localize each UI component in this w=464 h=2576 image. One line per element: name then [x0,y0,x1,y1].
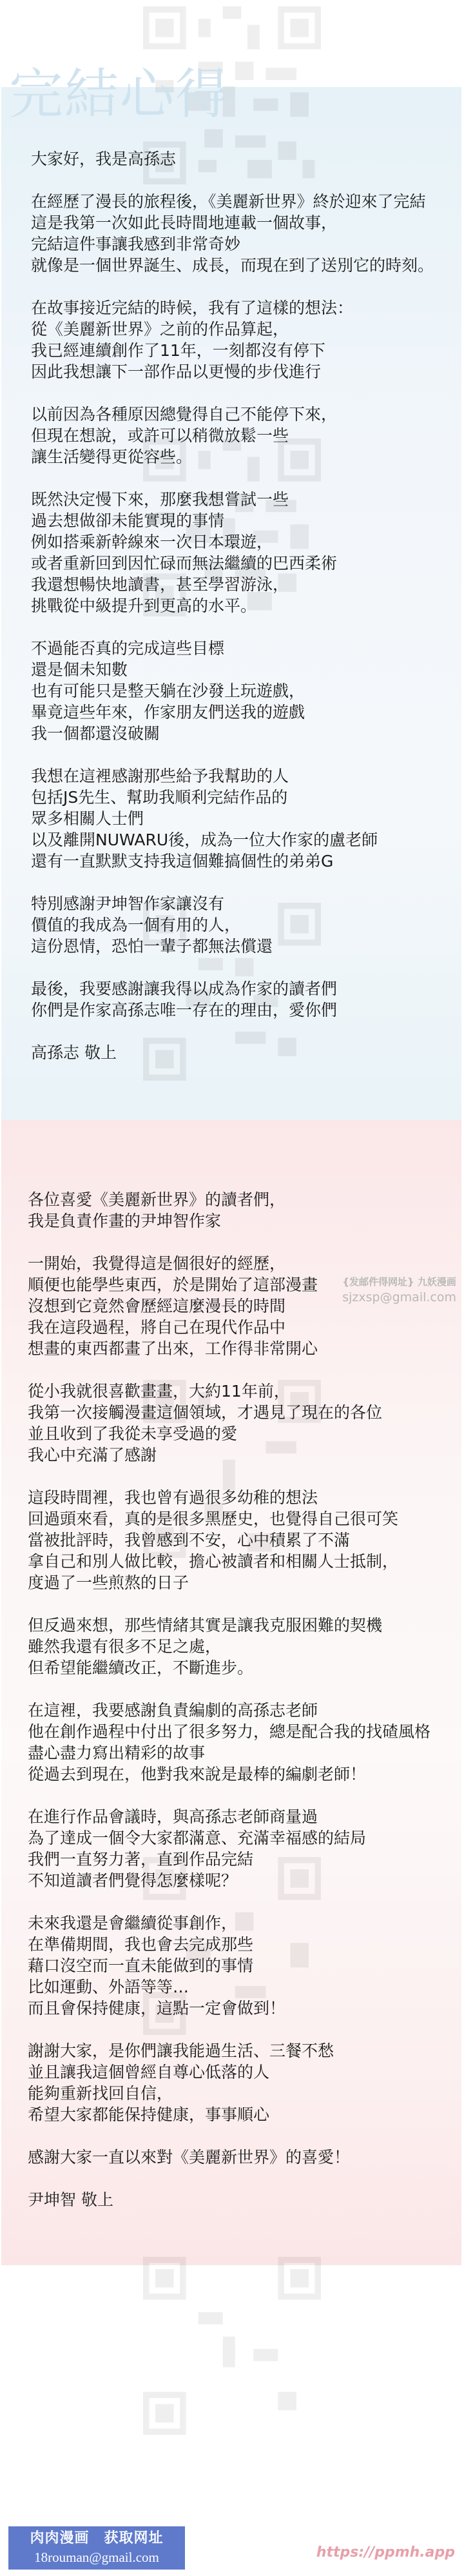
letter-paragraph: 我想在這裡感謝那些給予我幫助的人 包括JS先生、幫助我順利完結作品的 眾多相關人… [31,765,434,872]
letter-line: 我一個都還沒破關 [31,723,434,744]
letter-line: 例如搭乘新幹線來一次日本環遊， [31,531,434,553]
letter-line: 為了達成一個令大家都滿意、充滿幸福感的結局 [28,1827,430,1849]
letter-line: 他在創作過程中付出了很多努力，總是配合我的找碴風格 [28,1721,430,1742]
letter-line: 從小我就很喜歡畫畫，大約11年前， [28,1381,430,1402]
letter-line: 我第一次接觸漫畫這個領域，才遇見了現在的各位 [28,1402,430,1423]
letter-line: 比如運動、外語等等… [28,1976,430,1998]
letter-paragraph: 在故事接近完結的時候，我有了這樣的想法： 從《美麗新世界》之前的作品算起， 我已… [31,297,434,382]
footer-badge-title: 肉肉漫画 获取网址 [8,2529,185,2548]
letter-line: 也有可能只是整天躺在沙發上玩遊戲， [31,680,434,702]
letter-paragraph: 特別感謝尹坤智作家讓沒有 價值的我成為一個有用的人， 這份恩情，恐怕一輩子都無法… [31,893,434,957]
letter-line: 想畫的東西都畫了出來，工作得非常開心 [28,1338,430,1359]
letter-paragraph: 最後，我要感謝讓我得以成為作家的讀者們 你們是作家高孫志唯一存在的理由，愛你們 [31,978,434,1021]
letter-paragraph: 不過能否真的完成這些目標 還是個未知數 也有可能只是整天躺在沙發上玩遊戲， 畢竟… [31,638,434,744]
letter-line: 並且收到了我從未享受過的愛 [28,1423,430,1444]
letter-line: 當被批評時，我曾感到不安，心中積累了不滿 [28,1529,430,1551]
letter-line: 我心中充滿了感謝 [28,1444,430,1466]
letter-line: 從過去到現在，他對我來說是最棒的編劇老師！ [28,1764,430,1785]
footer-badge: 肉肉漫画 获取网址 18rouman@gmail.com [8,2526,185,2570]
letter-line: 我是負責作畫的尹坤智作家 [28,1210,430,1232]
letter-line: 以及離開NUWARU後，成為一位大作家的盧老師 [31,829,434,850]
letter-line: 盡心盡力寫出精彩的故事 [28,1742,430,1764]
letter-line: 藉口沒空而一直未能做到的事情 [28,1955,430,1976]
letter-paragraph: 謝謝大家，是你們讓我能過生活、三餐不愁 並且讓我這個曾經自尊心低落的人 能夠重新… [28,2040,430,2125]
letter-line: 包括JS先生、幫助我順利完結作品的 [31,787,434,808]
letter-line: 未來我還是會繼續從事創作， [28,1912,430,1934]
letter-line: 一開始，我覺得這是個很好的經歷， [28,1253,430,1274]
letter-line: 就像是一個世界誕生、成長，而現在到了送別它的時刻。 [31,255,434,276]
letter-line: 不知道讀者們覺得怎麼樣呢？ [28,1870,430,1891]
artist-signature: 尹坤智 敬上 [28,2189,430,2210]
watermark-email: sjzxsp@gmail.com [342,1289,456,1306]
letter-paragraph: 一開始，我覺得這是個很好的經歷， 順便也能學些東西，於是開始了這部漫畫 沒想到它… [28,1253,430,1359]
letter-line: 但現在想說，或許可以稍微放鬆一些 [31,425,434,446]
letter-line: 不過能否真的完成這些目標 [31,638,434,659]
letter-line: 感謝大家一直以來對《美麗新世界》的喜愛！ [28,2147,430,2168]
letter-line: 你們是作家高孫志唯一存在的理由，愛你們 [31,999,434,1021]
letter-paragraph: 從小我就很喜歡畫畫，大約11年前， 我第一次接觸漫畫這個領域，才遇見了現在的各位… [28,1381,430,1466]
letter-line: 能夠重新找回自信， [28,2083,430,2104]
letter-line: 並且讓我這個曾經自尊心低落的人 [28,2061,430,2083]
letter-line: 拿自己和別人做比較，擔心被讀者和相關人士抵制， [28,1551,430,1572]
letter-line: 或者重新回到因忙碌而無法繼續的巴西柔術 [31,553,434,574]
letter-paragraph: 以前因為各種原因總覺得自己不能停下來， 但現在想說，或許可以稍微放鬆一些 讓生活… [31,404,434,467]
footer-url: https://ppmh.app [316,2544,455,2561]
letter-line: 我已經連續創作了11年，一刻都沒有停下 [31,340,434,361]
letter-line: 各位喜愛《美麗新世界》的讀者們， [28,1189,430,1210]
letter-line: 以前因為各種原因總覺得自己不能停下來， [31,404,434,425]
letter-paragraph: 這段時間裡，我也曾有過很多幼稚的想法 回過頭來看，真的是很多黑歷史，也覺得自己很… [28,1487,430,1593]
letter-line: 價值的我成為一個有用的人， [31,914,434,936]
letter-line: 在故事接近完結的時候，我有了這樣的想法： [31,297,434,319]
letter-line: 挑戰從中級提升到更高的水平。 [31,595,434,616]
author-letter: 大家好，我是高孫志 在經歷了漫長的旅程後，《美麗新世界》終於迎來了完結 這是我第… [31,148,434,1063]
letter-paragraph: 大家好，我是高孫志 [31,148,434,170]
letter-line: 大家好，我是高孫志 [31,148,434,170]
letter-paragraph: 在進行作品會議時，與高孫志老師商量過 為了達成一個令大家都滿意、充滿幸福感的結局… [28,1806,430,1891]
letter-paragraph: 在這裡，我要感謝負責編劇的高孫志老師 他在創作過程中付出了很多努力，總是配合我的… [28,1700,430,1785]
letter-line: 特別感謝尹坤智作家讓沒有 [31,893,434,914]
letter-paragraph: 既然決定慢下來，那麼我想嘗試一些 過去想做卻未能實現的事情 例如搭乘新幹線來一次… [31,489,434,616]
letter-line: 還是個未知數 [31,659,434,680]
letter-line: 讓生活變得更從容些。 [31,446,434,467]
letter-line: 因此我想讓下一部作品以更慢的步伐進行 [31,361,434,382]
letter-line: 希望大家都能保持健康，事事順心 [28,2104,430,2125]
letter-line: 謝謝大家，是你們讓我能過生活、三餐不愁 [28,2040,430,2061]
letter-line: 在這裡，我要感謝負責編劇的高孫志老師 [28,1700,430,1721]
letter-line: 我想在這裡感謝那些給予我幫助的人 [31,765,434,787]
letter-line: 在準備期間，我也會去完成那些 [28,1934,430,1955]
author-signature: 高孫志 敬上 [31,1042,434,1063]
letter-paragraph: 感謝大家一直以來對《美麗新世界》的喜愛！ [28,2147,430,2168]
letter-line: 這份恩情，恐怕一輩子都無法償還 [31,936,434,957]
letter-line: 完結這件事讓我感到非常奇妙 [31,233,434,255]
qr-code-watermark-icon [143,2257,321,2435]
letter-line: 但希望能繼續改正，不斷進步。 [28,1657,430,1678]
letter-line: 我還想暢快地讀書，甚至學習游泳， [31,574,434,595]
letter-line: 在經歷了漫長的旅程後，《美麗新世界》終於迎來了完結 [31,191,434,212]
letter-line: 畢竟這些年來，作家朋友們送我的遊戲 [31,702,434,723]
letter-paragraph: 未來我還是會繼續從事創作， 在準備期間，我也會去完成那些 藉口沒空而一直未能做到… [28,1912,430,2019]
letter-line: 但反過來想，那些情緒其實是讓我克服困難的契機 [28,1615,430,1636]
letter-paragraph: 在經歷了漫長的旅程後，《美麗新世界》終於迎來了完結 這是我第一次如此長時間地連載… [31,191,434,276]
artist-letter: 各位喜愛《美麗新世界》的讀者們， 我是負責作畫的尹坤智作家 一開始，我覺得這是個… [28,1189,430,2210]
footer-badge-email: 18rouman@gmail.com [8,2548,185,2566]
letter-paragraph: 各位喜愛《美麗新世界》的讀者們， 我是負責作畫的尹坤智作家 [28,1189,430,1232]
letter-line: 我們一直努力著，直到作品完結 [28,1849,430,1870]
page-title: 完結心得 [9,62,231,126]
letter-line: 最後，我要感謝讓我得以成為作家的讀者們 [31,978,434,999]
source-watermark: {发邮件得网址} 九妖漫画 sjzxsp@gmail.com [342,1275,456,1306]
letter-line: 過去想做卻未能實現的事情 [31,510,434,531]
letter-line: 既然決定慢下來，那麼我想嘗試一些 [31,489,434,510]
letter-line: 眾多相關人士們 [31,808,434,829]
letter-line: 這段時間裡，我也曾有過很多幼稚的想法 [28,1487,430,1508]
letter-line: 這是我第一次如此長時間地連載一個故事， [31,212,434,233]
letter-paragraph: 但反過來想，那些情緒其實是讓我克服困難的契機 雖然我還有很多不足之處， 但希望能… [28,1615,430,1678]
letter-line: 在進行作品會議時，與高孫志老師商量過 [28,1806,430,1827]
letter-line: 回過頭來看，真的是很多黑歷史，也覺得自己很可笑 [28,1508,430,1529]
watermark-label: {发邮件得网址} 九妖漫画 [342,1275,456,1289]
letter-line: 度過了一些煎熬的日子 [28,1572,430,1593]
letter-line: 還有一直默默支持我這個難搞個性的弟弟G [31,850,434,872]
letter-line: 而且會保持健康，這點一定會做到！ [28,1998,430,2019]
letter-line: 我在這段過程，將自己在現代作品中 [28,1317,430,1338]
letter-line: 從《美麗新世界》之前的作品算起， [31,319,434,340]
letter-line: 雖然我還有很多不足之處， [28,1636,430,1657]
